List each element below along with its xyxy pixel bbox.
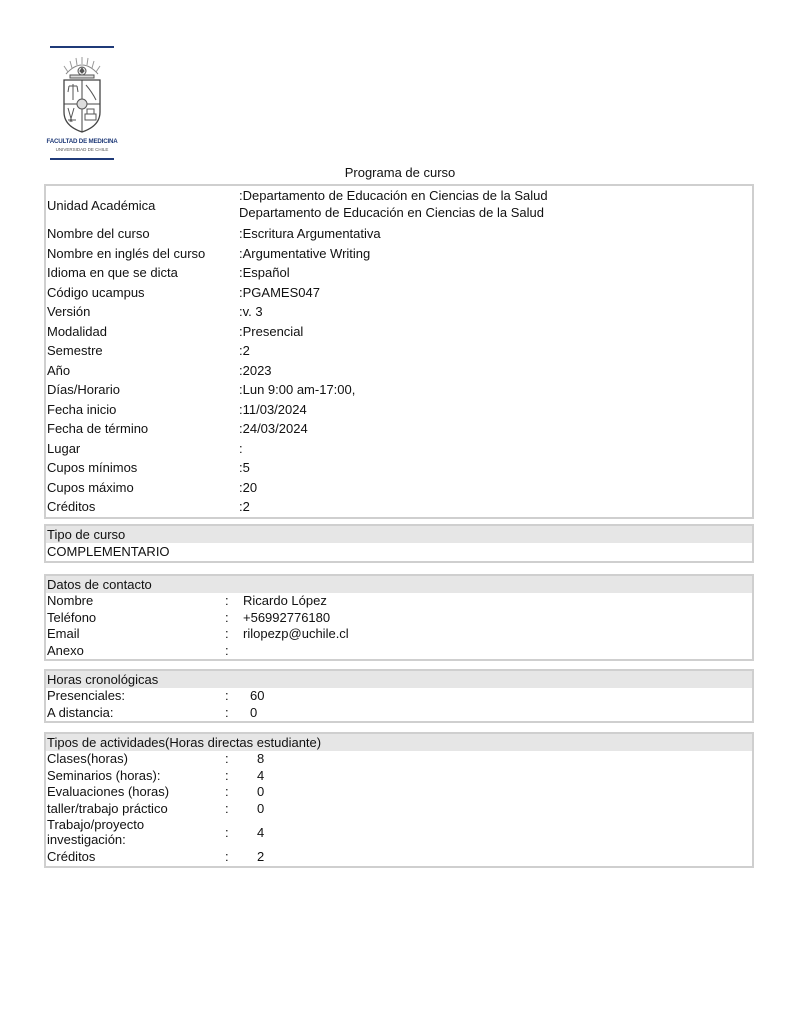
field-label: Modalidad xyxy=(46,322,239,342)
course-info-row: Versión:v. 3 xyxy=(46,302,752,322)
section-header: Tipos de actividades(Horas directas estu… xyxy=(46,734,752,751)
contact-section: Datos de contacto Nombre:Ricardo López T… xyxy=(44,574,754,661)
field-value: :24/03/2024 xyxy=(239,419,752,439)
separator: : xyxy=(225,643,243,660)
separator: : xyxy=(225,705,243,722)
separator: : xyxy=(225,751,257,768)
field-value: 4 xyxy=(257,768,752,785)
field-label: Fecha inicio xyxy=(46,400,239,420)
field-value: :Presencial xyxy=(239,322,752,342)
separator: : xyxy=(225,817,257,849)
hours-row: A distancia::0 xyxy=(46,705,752,722)
field-value: 0 xyxy=(257,801,752,818)
field-label: Nombre del curso xyxy=(46,224,239,244)
field-value: :5 xyxy=(239,458,752,478)
field-label: Idioma en que se dicta xyxy=(46,263,239,283)
field-label: Unidad Académica xyxy=(46,186,239,224)
separator: : xyxy=(225,849,257,866)
course-type-value: COMPLEMENTARIO xyxy=(46,543,752,561)
field-value: : xyxy=(239,439,752,459)
logo-top-rule xyxy=(50,46,114,48)
field-value: :Escritura Argumentativa xyxy=(239,224,752,244)
field-value: :Lun 9:00 am-17:00, xyxy=(239,380,752,400)
field-value: 8 xyxy=(257,751,752,768)
course-info-table: Unidad Académica :Departamento de Educac… xyxy=(44,184,754,519)
field-value: 2 xyxy=(257,849,752,866)
contact-row: Teléfono:+56992776180 xyxy=(46,610,752,627)
activity-row: Créditos:2 xyxy=(46,849,752,866)
course-info-row: Lugar: xyxy=(46,439,752,459)
contact-row: Email:rilopezp@uchile.cl xyxy=(46,626,752,643)
field-value: 0 xyxy=(257,784,752,801)
field-label: Nombre xyxy=(46,593,225,610)
document-title: Programa de curso xyxy=(0,165,800,180)
field-label: Créditos xyxy=(46,849,225,866)
field-label: A distancia: xyxy=(46,705,225,722)
field-value-line: Departamento de Educación en Ciencias de… xyxy=(239,204,752,221)
field-value: :2 xyxy=(239,341,752,361)
field-label: Cupos máximo xyxy=(46,478,239,498)
course-info-row: Cupos mínimos:5 xyxy=(46,458,752,478)
field-label: Anexo xyxy=(46,643,225,660)
field-value: :2 xyxy=(239,497,752,517)
separator: : xyxy=(225,610,243,627)
field-label: Presenciales: xyxy=(46,688,225,705)
faculty-logo: FACULTAD DE MEDICINA UNIVERSIDAD DE CHIL… xyxy=(46,46,118,161)
activity-row: Seminarios (horas)::4 xyxy=(46,768,752,785)
field-label: Año xyxy=(46,361,239,381)
activity-types-section: Tipos de actividades(Horas directas estu… xyxy=(44,732,754,868)
course-info-row: Nombre en inglés del curso:Argumentative… xyxy=(46,244,752,264)
chronological-hours-section: Horas cronológicas Presenciales::60 A di… xyxy=(44,669,754,723)
activity-row: Evaluaciones (horas):0 xyxy=(46,784,752,801)
course-info-row: Semestre:2 xyxy=(46,341,752,361)
separator: : xyxy=(225,688,243,705)
course-info-row: Fecha inicio:11/03/2024 xyxy=(46,400,752,420)
field-label: Días/Horario xyxy=(46,380,239,400)
field-label: Seminarios (horas): xyxy=(46,768,225,785)
separator: : xyxy=(225,626,243,643)
field-label: Código ucampus xyxy=(46,283,239,303)
section-header: Datos de contacto xyxy=(46,576,752,593)
separator: : xyxy=(225,801,257,818)
course-info-row: Nombre del curso:Escritura Argumentativa xyxy=(46,224,752,244)
field-value-line: :Departamento de Educación en Ciencias d… xyxy=(239,187,752,204)
contact-extension xyxy=(243,643,752,660)
logo-subtitle-text: UNIVERSIDAD DE CHILE xyxy=(46,147,118,152)
course-info-row: Idioma en que se dicta:Español xyxy=(46,263,752,283)
field-value: :v. 3 xyxy=(239,302,752,322)
logo-brand-text: FACULTAD DE MEDICINA xyxy=(46,138,118,145)
separator: : xyxy=(225,768,257,785)
field-label: Lugar xyxy=(46,439,239,459)
field-value: 60 xyxy=(243,688,752,705)
course-type-section: Tipo de curso COMPLEMENTARIO xyxy=(44,524,754,563)
field-value: :Departamento de Educación en Ciencias d… xyxy=(239,186,752,224)
field-label: Nombre en inglés del curso xyxy=(46,244,239,264)
field-label: Fecha de término xyxy=(46,419,239,439)
field-label: taller/trabajo práctico xyxy=(46,801,225,818)
field-label: Evaluaciones (horas) xyxy=(46,784,225,801)
course-info-row: Modalidad:Presencial xyxy=(46,322,752,342)
separator: : xyxy=(225,593,243,610)
section-header: Tipo de curso xyxy=(46,526,752,543)
contact-row: Anexo: xyxy=(46,643,752,660)
field-value: 0 xyxy=(243,705,752,722)
course-info-row: Unidad Académica :Departamento de Educac… xyxy=(46,186,752,224)
field-value: :Argumentative Writing xyxy=(239,244,752,264)
field-value: :11/03/2024 xyxy=(239,400,752,420)
field-label: Créditos xyxy=(46,497,239,517)
activity-row: taller/trabajo práctico:0 xyxy=(46,801,752,818)
logo-bottom-rule xyxy=(50,158,114,160)
contact-row: Nombre:Ricardo López xyxy=(46,593,752,610)
field-label: Versión xyxy=(46,302,239,322)
field-value: :Español xyxy=(239,263,752,283)
field-value: :PGAMES047 xyxy=(239,283,752,303)
field-label: Semestre xyxy=(46,341,239,361)
contact-email: rilopezp@uchile.cl xyxy=(243,626,752,643)
activity-row: Trabajo/proyecto investigación::4 xyxy=(46,817,752,849)
course-info-row: Días/Horario:Lun 9:00 am-17:00, xyxy=(46,380,752,400)
field-label: Email xyxy=(46,626,225,643)
field-label: Clases(horas) xyxy=(46,751,225,768)
section-header: Horas cronológicas xyxy=(46,671,752,688)
field-value: 4 xyxy=(257,817,752,849)
field-value: :2023 xyxy=(239,361,752,381)
hours-row: Presenciales::60 xyxy=(46,688,752,705)
contact-name: Ricardo López xyxy=(243,593,752,610)
field-label: Cupos mínimos xyxy=(46,458,239,478)
separator: : xyxy=(225,784,257,801)
field-label: Teléfono xyxy=(46,610,225,627)
field-label: Trabajo/proyecto investigación: xyxy=(46,817,167,849)
field-value: :20 xyxy=(239,478,752,498)
activity-row: Clases(horas):8 xyxy=(46,751,752,768)
course-info-row: Código ucampus:PGAMES047 xyxy=(46,283,752,303)
course-info-row: Cupos máximo:20 xyxy=(46,478,752,498)
course-info-row: Año:2023 xyxy=(46,361,752,381)
university-shield-crest-icon xyxy=(60,54,104,134)
course-info-row: Créditos:2 xyxy=(46,497,752,517)
course-info-row: Fecha de término:24/03/2024 xyxy=(46,419,752,439)
contact-phone: +56992776180 xyxy=(243,610,752,627)
